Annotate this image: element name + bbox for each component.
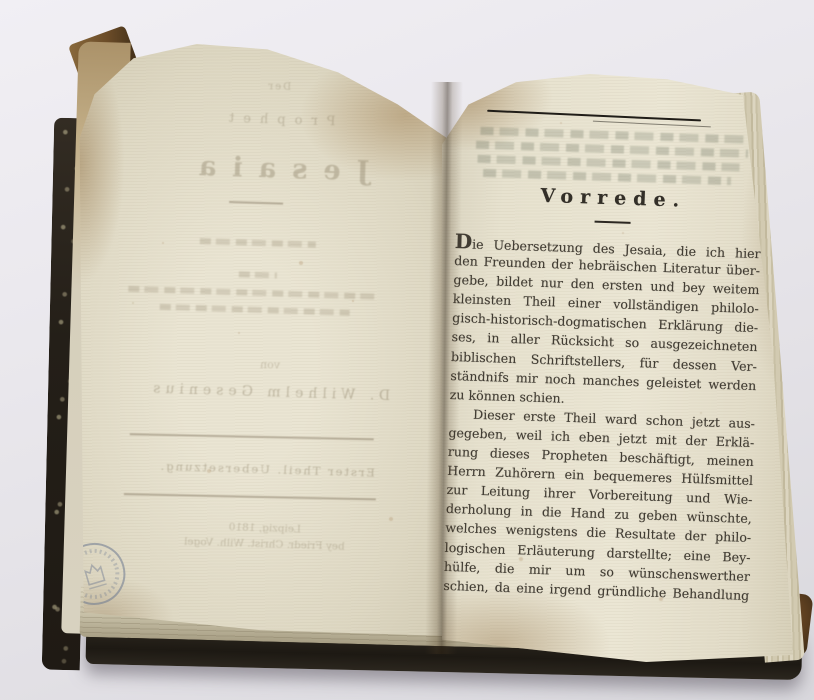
bleedthrough-part-title: Erster Theil. Uebersetzung. (81, 456, 453, 482)
bleedthrough-rule (124, 493, 376, 500)
header-rule-echo (593, 121, 711, 128)
title-bleedthrough: Der Prophet Jesaia von D. Wilhelm Geseni… (55, 44, 445, 647)
preface-text: Die Uebersetzung des Jesaia, die ich hie… (443, 232, 761, 605)
verso-bleedthrough-line (483, 169, 731, 185)
bleedthrough-jesaia: Jesaia (90, 148, 463, 191)
verso-bleedthrough-line (477, 155, 739, 172)
heading-rule (595, 221, 631, 224)
bleedthrough-faint-line (200, 238, 316, 248)
preface-page-content: Vorrede. Die Uebersetzung des Jesaia, di… (437, 86, 777, 656)
bleedthrough-faint-line (128, 286, 380, 300)
left-page: Der Prophet Jesaia von D. Wilhelm Geseni… (74, 44, 446, 636)
bleedthrough-prophet: Prophet (92, 107, 464, 134)
bleedthrough-von: von (84, 352, 456, 377)
verso-bleedthrough-line (480, 127, 746, 144)
preface-heading: Vorrede. (452, 182, 775, 215)
bleedthrough-faint-line (239, 271, 277, 278)
photo-of-open-book: Der Prophet Jesaia von D. Wilhelm Geseni… (0, 0, 814, 700)
bleedthrough-rule (130, 433, 374, 440)
bleedthrough-der: Der (93, 76, 465, 99)
bleedthrough-author: D. Wilhelm Gesenius (83, 378, 455, 406)
bleedthrough-short-rule (229, 201, 283, 204)
right-page: Vorrede. Die Uebersetzung des Jesaia, di… (442, 74, 794, 662)
bleedthrough-faint-line (160, 304, 350, 316)
foxing-specks (0, 0, 2, 2)
